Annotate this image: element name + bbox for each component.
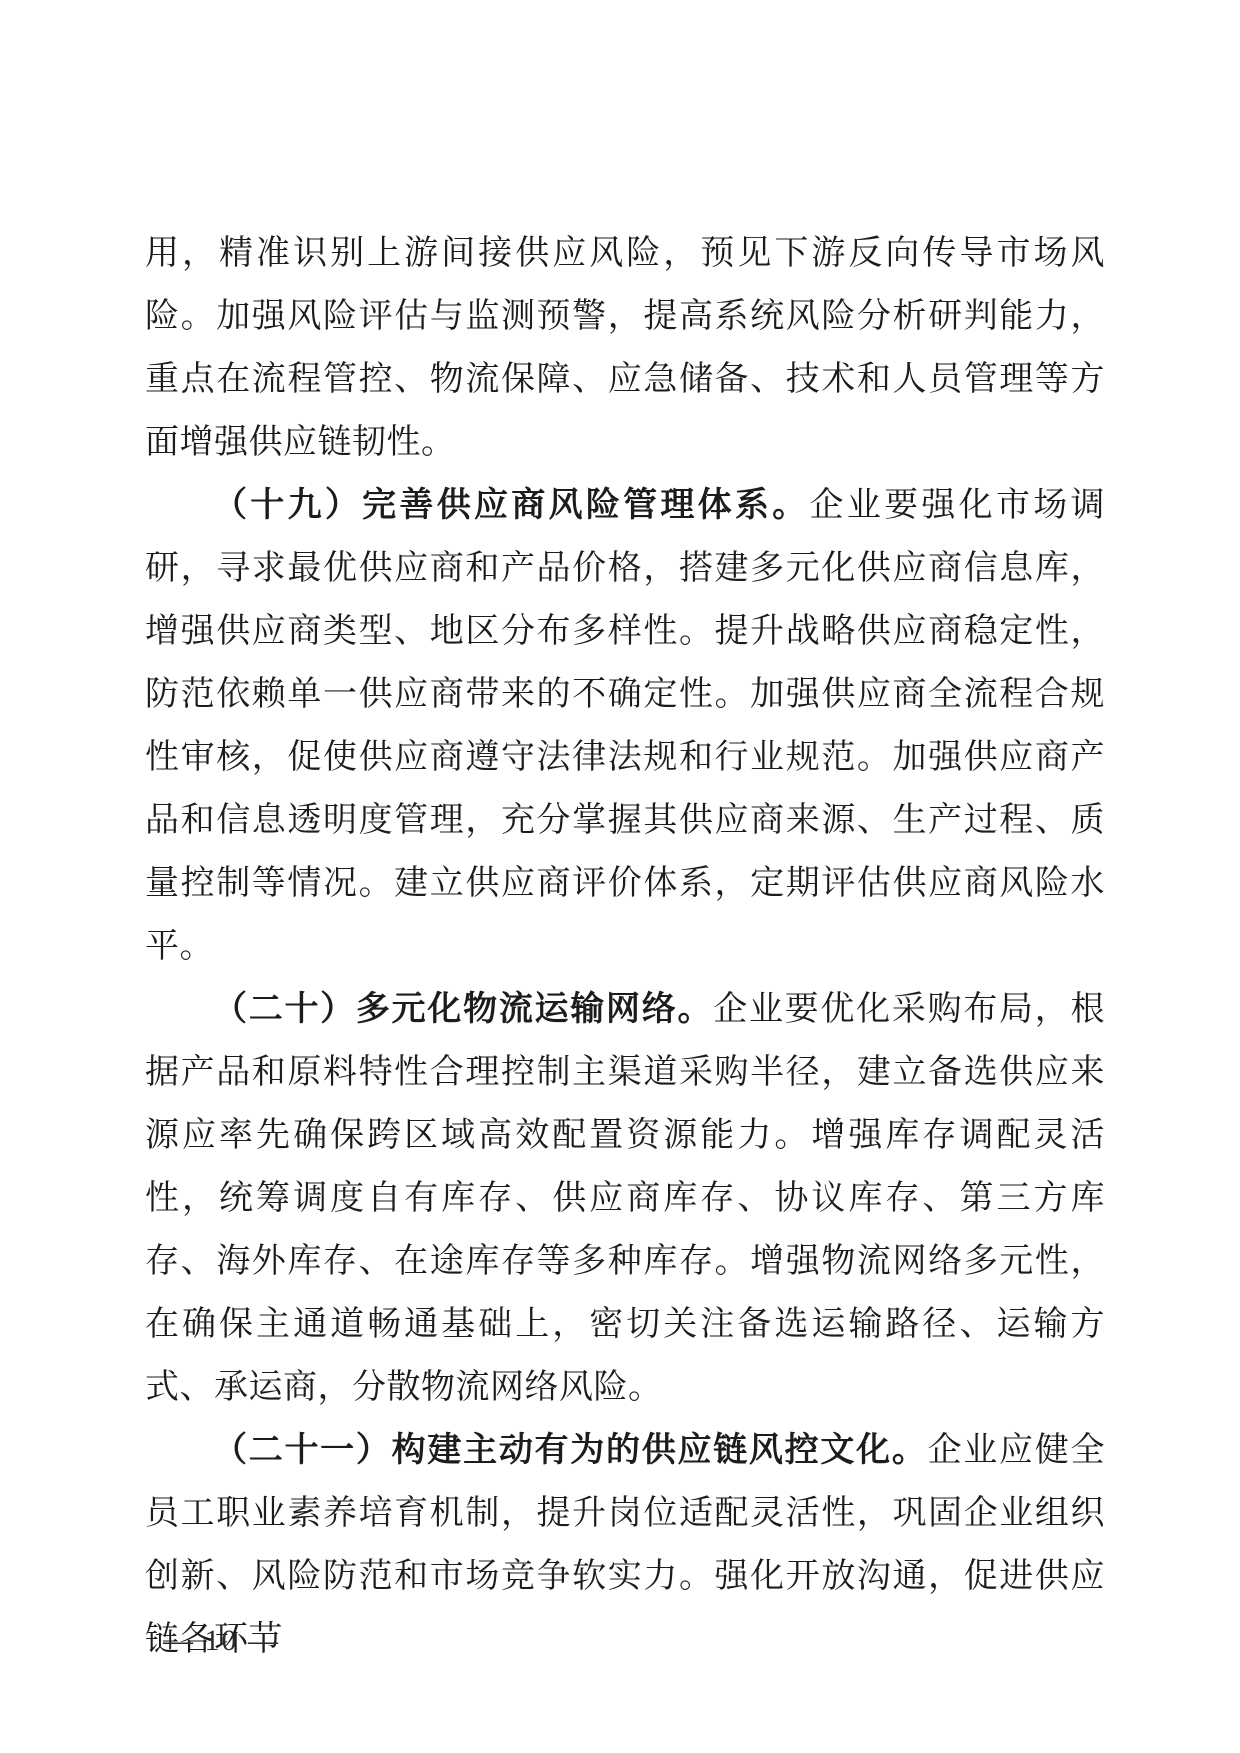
paragraph-heading: （二十一）构建主动有为的供应链风控文化。 <box>213 1432 928 1469</box>
paragraph: 用，精准识别上游间接供应风险，预见下游反向传导市场风险。加强风险评估与监测预警，… <box>145 222 1105 474</box>
paragraph: （二十一）构建主动有为的供应链风控文化。企业应健全员工职业素养培育机制，提升岗位… <box>145 1419 1105 1671</box>
paragraph-heading: （十九）完善供应商风险管理体系。 <box>213 487 810 524</box>
document-page: 用，精准识别上游间接供应风险，预见下游反向传导市场风险。加强风险评估与监测预警，… <box>0 0 1240 1753</box>
page-footer: — 10 — <box>163 1620 280 1662</box>
paragraph: （十九）完善供应商风险管理体系。企业要强化市场调研，寻求最优供应商和产品价格，搭… <box>145 474 1105 978</box>
paragraph-heading: （二十）多元化物流运输网络。 <box>213 991 713 1028</box>
document-body: 用，精准识别上游间接供应风险，预见下游反向传导市场风险。加强风险评估与监测预警，… <box>145 222 1105 1671</box>
page-number: — 10 — <box>163 1624 280 1657</box>
paragraph: （二十）多元化物流运输网络。企业要优化采购布局，根据产品和原料特性合理控制主渠道… <box>145 978 1105 1419</box>
